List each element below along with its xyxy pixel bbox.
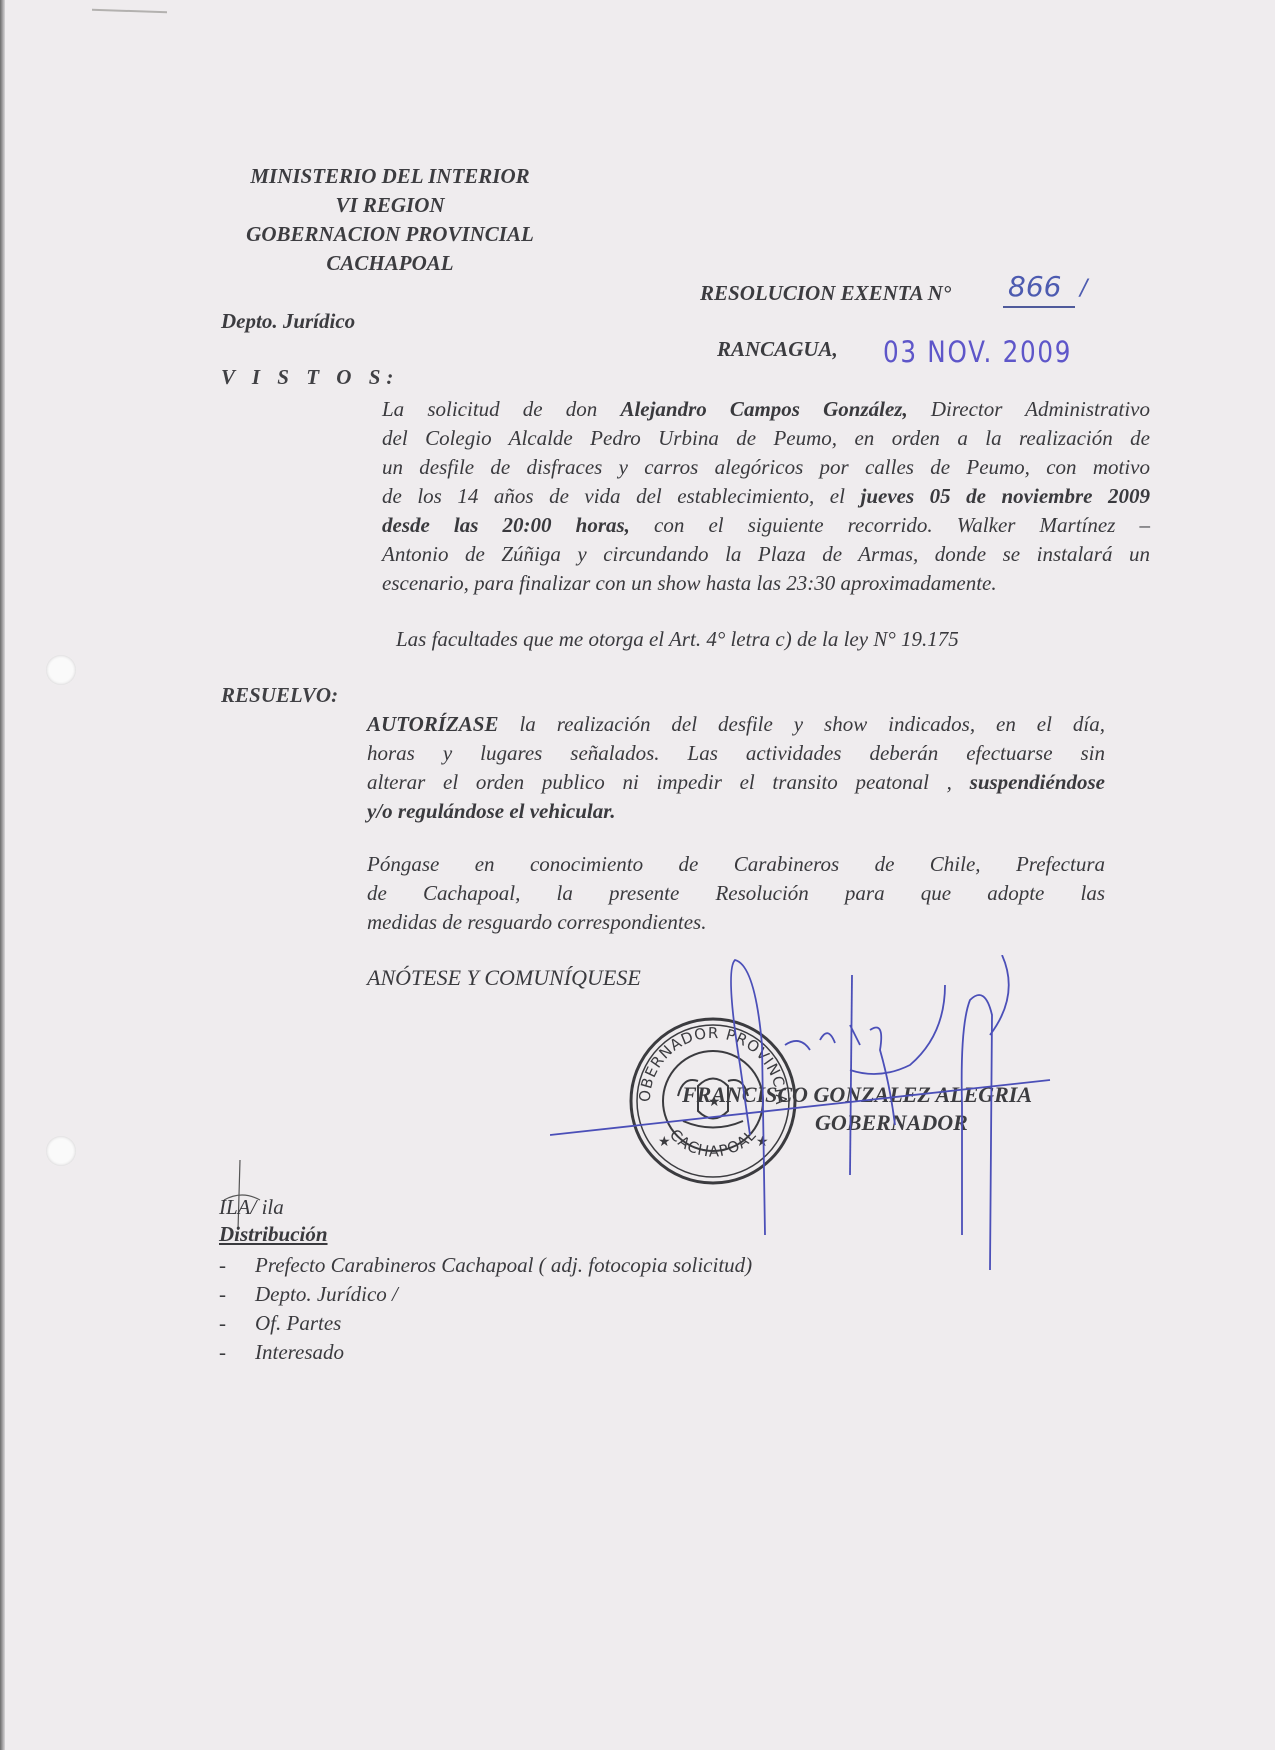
distribution-heading: Distribución bbox=[219, 1222, 328, 1247]
letterhead-line: CACHAPOAL bbox=[220, 249, 560, 278]
date-stamp: 03 NOV. 2009 bbox=[883, 335, 1072, 369]
text-run: la realización del desfile y show indica… bbox=[499, 712, 1106, 736]
distribution-item: -Depto. Jurídico / bbox=[219, 1280, 752, 1309]
distribution-item-label: Prefecto Carabineros Cachapoal ( adj. fo… bbox=[255, 1253, 752, 1277]
text-run: Póngase en conocimiento de Carabineros d… bbox=[367, 852, 1105, 876]
punch-hole-top bbox=[46, 655, 76, 685]
letterhead: MINISTERIO DEL INTERIOR VI REGION GOBERN… bbox=[220, 162, 560, 278]
bold-text: suspendiéndose bbox=[970, 770, 1105, 794]
bold-text: y/o regulándose el vehicular. bbox=[367, 799, 616, 823]
signatory-name: FRANCISCO GONZALEZ ALEGRIA bbox=[682, 1080, 1032, 1109]
text-run: de Cachapoal, la presente Resolución par… bbox=[367, 881, 1105, 905]
text-run: Director Administrativo bbox=[908, 397, 1150, 421]
text-run: un desfile de disfraces y carros alegóri… bbox=[382, 455, 1150, 479]
resolution-number: 866 bbox=[1008, 270, 1061, 303]
text-run: del Colegio Alcalde Pedro Urbina de Peum… bbox=[382, 426, 1150, 450]
text-run: medidas de resguardo correspondientes. bbox=[367, 910, 706, 934]
distribution-item: -Prefecto Carabineros Cachapoal ( adj. f… bbox=[219, 1251, 752, 1280]
paragraph-line: escenario, para finalizar con un show ha… bbox=[382, 569, 1150, 598]
bold-text: AUTORÍZASE bbox=[367, 712, 499, 736]
text-run: horas y lugares señalados. Las actividad… bbox=[367, 741, 1105, 765]
paragraph-line: del Colegio Alcalde Pedro Urbina de Peum… bbox=[382, 424, 1150, 453]
distribution-list: -Prefecto Carabineros Cachapoal ( adj. f… bbox=[219, 1251, 752, 1367]
letterhead-line: VI REGION bbox=[220, 191, 560, 220]
signatory-title: GOBERNADOR bbox=[815, 1108, 968, 1137]
bold-text: Alejandro Campos González, bbox=[620, 397, 907, 421]
paragraph-line: de los 14 años de vida del establecimien… bbox=[382, 482, 1150, 511]
resolution-label: RESOLUCION EXENTA N° bbox=[700, 279, 951, 308]
resolution-number-suffix: / bbox=[1080, 276, 1087, 301]
text-run: alterar el orden publico ni impedir el t… bbox=[367, 770, 970, 794]
scan-artifact-mark bbox=[92, 0, 167, 13]
distribution-item: -Of. Partes bbox=[219, 1309, 752, 1338]
paragraph-line: alterar el orden publico ni impedir el t… bbox=[367, 768, 1105, 797]
paragraph-line: horas y lugares señalados. Las actividad… bbox=[367, 739, 1105, 768]
distribution-item: -Interesado bbox=[219, 1338, 752, 1367]
paragraph-line: un desfile de disfraces y carros alegóri… bbox=[382, 453, 1150, 482]
paragraph-line: desde las 20:00 horas, con el siguiente … bbox=[382, 511, 1150, 540]
paragraph-line: medidas de resguardo correspondientes. bbox=[367, 908, 1105, 937]
paragraph-line: Póngase en conocimiento de Carabineros d… bbox=[367, 850, 1105, 879]
vistos-heading: V I S T O S: bbox=[221, 365, 399, 390]
distribution-item-label: Of. Partes bbox=[255, 1311, 341, 1335]
text-run: con el siguiente recorrido. Walker Martí… bbox=[630, 513, 1150, 537]
paragraph-line: La solicitud de don Alejandro Campos Gon… bbox=[382, 395, 1150, 424]
place-label: RANCAGUA, bbox=[717, 335, 838, 364]
list-dash: - bbox=[219, 1251, 255, 1280]
closing-formula: ANÓTESE Y COMUNÍQUESE bbox=[367, 963, 641, 992]
list-dash: - bbox=[219, 1338, 255, 1367]
text-run: de los 14 años de vida del establecimien… bbox=[382, 484, 860, 508]
vistos-paragraph: La solicitud de don Alejandro Campos Gon… bbox=[382, 395, 1150, 598]
punch-hole-bottom bbox=[46, 1136, 76, 1166]
bold-text: jueves 05 de noviembre 2009 bbox=[860, 484, 1150, 508]
paragraph-line: AUTORÍZASE la realización del desfile y … bbox=[367, 710, 1105, 739]
resuelvo-heading: RESUELVO: bbox=[221, 683, 338, 708]
text-run: escenario, para finalizar con un show ha… bbox=[382, 571, 997, 595]
distribution-item-label: Interesado bbox=[255, 1340, 344, 1364]
scan-page-edge bbox=[0, 0, 5, 1750]
distribution-item-label: Depto. Jurídico / bbox=[255, 1282, 398, 1306]
list-dash: - bbox=[219, 1309, 255, 1338]
paragraph-line: de Cachapoal, la presente Resolución par… bbox=[367, 879, 1105, 908]
department-label: Depto. Jurídico bbox=[221, 307, 355, 336]
svg-text:CACHAPOAL: CACHAPOAL bbox=[666, 1126, 760, 1161]
text-run: La solicitud de don bbox=[382, 397, 620, 421]
paragraph-line: y/o regulándose el vehicular. bbox=[367, 797, 1105, 826]
authorization-paragraph: AUTORÍZASE la realización del desfile y … bbox=[367, 710, 1105, 826]
bold-text: desde las 20:00 horas, bbox=[382, 513, 630, 537]
list-dash: - bbox=[219, 1280, 255, 1309]
typist-initials: ILA/ ila bbox=[219, 1193, 284, 1222]
text-run: Antonio de Zúñiga y circundando la Plaza… bbox=[382, 542, 1150, 566]
resolution-number-underline bbox=[1003, 306, 1075, 308]
facultades-text: Las facultades que me otorga el Art. 4° … bbox=[396, 625, 959, 654]
svg-text:★: ★ bbox=[658, 1135, 671, 1150]
letterhead-line: GOBERNACION PROVINCIAL bbox=[220, 220, 560, 249]
svg-text:★: ★ bbox=[756, 1135, 769, 1150]
notification-paragraph: Póngase en conocimiento de Carabineros d… bbox=[367, 850, 1105, 937]
paragraph-line: Antonio de Zúñiga y circundando la Plaza… bbox=[382, 540, 1150, 569]
letterhead-line: MINISTERIO DEL INTERIOR bbox=[220, 162, 560, 191]
